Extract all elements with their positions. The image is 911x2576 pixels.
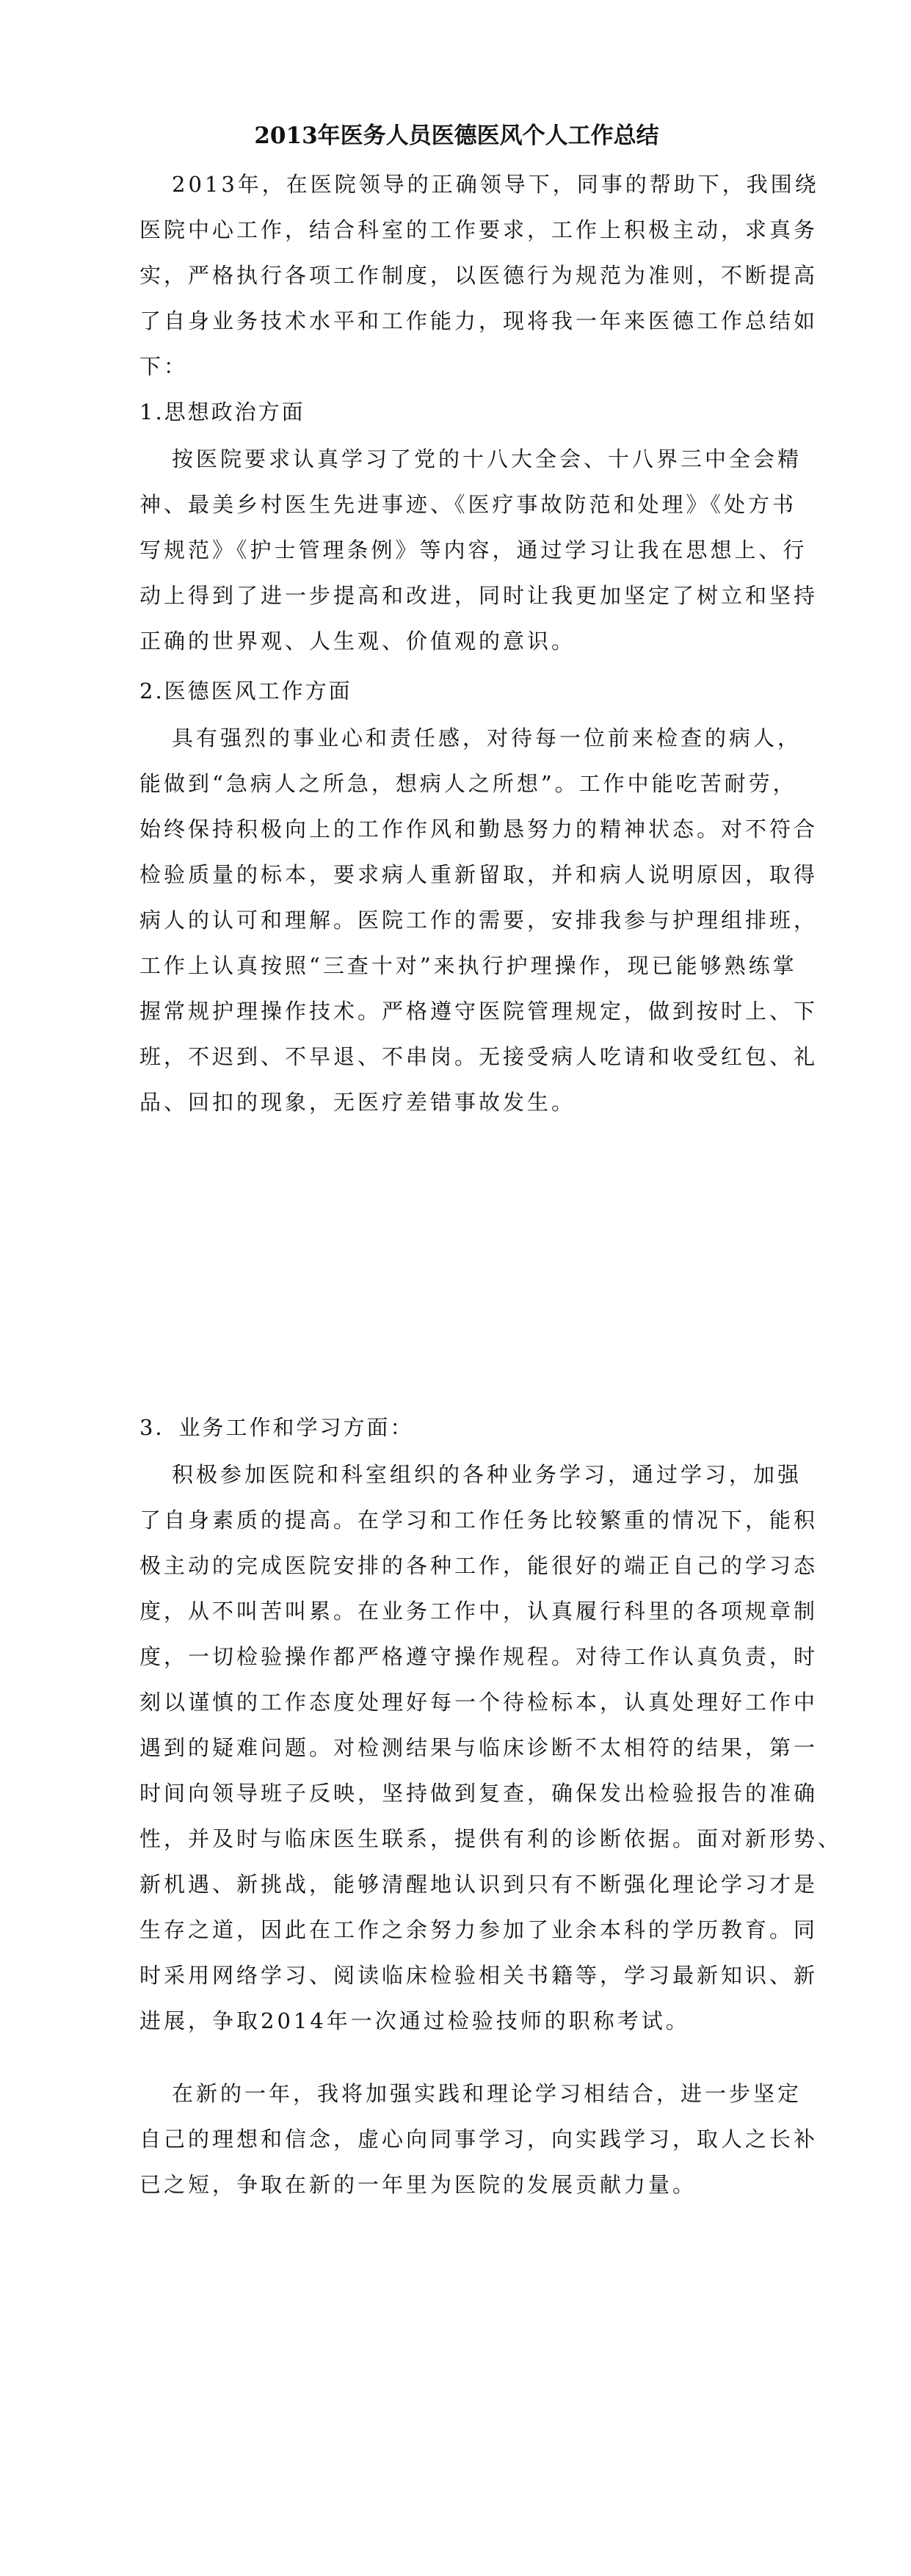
paragraph-line: 下： xyxy=(139,344,774,389)
section-heading-3: 3．业务工作和学习方面： xyxy=(139,1405,774,1450)
paragraph-line: 工作上认真按照“三查十对”来执行护理操作，现已能够熟练掌 xyxy=(139,943,774,988)
paragraph-line: 性，并及时与临床医生联系，提供有利的诊断依据。面对新形势、 xyxy=(139,1816,774,1862)
closing-paragraph: 在新的一年，我将加强实践和理论学习相结合，进一步坚定 自己的理想和信念，虚心向同… xyxy=(139,2071,774,2207)
paragraph-line: 握常规护理操作技术。严格遵守医院管理规定，做到按时上、下 xyxy=(139,988,774,1034)
paragraph-line: 按医院要求认真学习了党的十八大全会、十八界三中全会精 xyxy=(139,436,774,482)
paragraph-line: 积极参加医院和科室组织的各种业务学习，通过学习，加强 xyxy=(139,1452,774,1497)
paragraph-line: 了自身素质的提高。在学习和工作任务比较繁重的情况下，能积 xyxy=(139,1497,774,1543)
paragraph-line: 度，一切检验操作都严格遵守操作规程。对待工作认真负责，时 xyxy=(139,1634,774,1679)
paragraph-line: 2013年，在医院领导的正确领导下，同事的帮助下，我围绕 xyxy=(139,162,774,207)
section-3-paragraph: 积极参加医院和科室组织的各种业务学习，通过学习，加强 了自身素质的提高。在学习和… xyxy=(139,1452,774,2044)
paragraph-line: 检验质量的标本，要求病人重新留取，并和病人说明原因，取得 xyxy=(139,852,774,897)
paragraph-line: 遇到的疑难问题。对检测结果与临床诊断不太相符的结果，第一 xyxy=(139,1725,774,1770)
paragraph-line: 刻以谨慎的工作态度处理好每一个待检标本，认真处理好工作中 xyxy=(139,1679,774,1725)
paragraph-line: 在新的一年，我将加强实践和理论学习相结合，进一步坚定 xyxy=(139,2071,774,2116)
paragraph-line: 实，严格执行各项工作制度，以医德行为规范为准则，不断提高 xyxy=(139,253,774,298)
intro-paragraph: 2013年，在医院领导的正确领导下，同事的帮助下，我围绕 医院中心工作，结合科室… xyxy=(139,162,774,389)
paragraph-line: 医院中心工作，结合科室的工作要求，工作上积极主动，求真务 xyxy=(139,207,774,253)
paragraph-line: 能做到“急病人之所急，想病人之所想”。工作中能吃苦耐劳， xyxy=(139,761,774,806)
paragraph-line: 度，从不叫苦叫累。在业务工作中，认真履行科里的各项规章制 xyxy=(139,1588,774,1634)
section-2-paragraph: 具有强烈的事业心和责任感，对待每一位前来检查的病人， 能做到“急病人之所急，想病… xyxy=(139,715,774,1125)
section-heading-1: 1.思想政治方面 xyxy=(139,389,774,435)
section-heading: 3．业务工作和学习方面： xyxy=(139,1405,774,1450)
document-title: 2013年医务人员医德医风个人工作总结 xyxy=(139,120,774,152)
paragraph-line: 正确的世界观、人生观、价值观的意识。 xyxy=(139,618,774,664)
paragraph-line: 时采用网络学习、阅读临床检验相关书籍等，学习最新知识、新 xyxy=(139,1953,774,1998)
paragraph-line: 神、最美乡村医生先进事迹、《医疗事故防范和处理》《处方书 xyxy=(139,482,774,527)
section-1-paragraph: 按医院要求认真学习了党的十八大全会、十八界三中全会精 神、最美乡村医生先进事迹、… xyxy=(139,436,774,664)
paragraph-line: 进展，争取2014年一次通过检验技师的职称考试。 xyxy=(139,1998,774,2044)
section-heading: 1.思想政治方面 xyxy=(139,389,774,435)
paragraph-line: 写规范》《护士管理条例》等内容，通过学习让我在思想上、行 xyxy=(139,527,774,573)
paragraph-line: 自己的理想和信念，虚心向同事学习，向实践学习，取人之长补 xyxy=(139,2116,774,2162)
section-heading-2: 2.医德医风工作方面 xyxy=(139,668,774,714)
paragraph-line: 具有强烈的事业心和责任感，对待每一位前来检查的病人， xyxy=(139,715,774,761)
paragraph-line: 始终保持积极向上的工作作风和勤恳努力的精神状态。对不符合 xyxy=(139,806,774,852)
paragraph-line: 时间向领导班子反映，坚持做到复查，确保发出检验报告的准确 xyxy=(139,1770,774,1816)
section-heading: 2.医德医风工作方面 xyxy=(139,668,774,714)
paragraph-line: 班，不迟到、不早退、不串岗。无接受病人吃请和收受红包、礼 xyxy=(139,1034,774,1079)
paragraph-line: 动上得到了进一步提高和改进，同时让我更加坚定了树立和坚持 xyxy=(139,573,774,618)
paragraph-line: 新机遇、新挑战，能够清醒地认识到只有不断强化理论学习才是 xyxy=(139,1862,774,1907)
paragraph-line: 病人的认可和理解。医院工作的需要，安排我参与护理组排班， xyxy=(139,897,774,943)
paragraph-line: 品、回扣的现象，无医疗差错事故发生。 xyxy=(139,1079,774,1125)
paragraph-line: 生存之道，因此在工作之余努力参加了业余本科的学历教育。同 xyxy=(139,1907,774,1953)
paragraph-line: 极主动的完成医院安排的各种工作，能很好的端正自己的学习态 xyxy=(139,1543,774,1588)
paragraph-line: 已之短，争取在新的一年里为医院的发展贡献力量。 xyxy=(139,2162,774,2207)
paragraph-line: 了自身业务技术水平和工作能力，现将我一年来医德工作总结如 xyxy=(139,298,774,344)
